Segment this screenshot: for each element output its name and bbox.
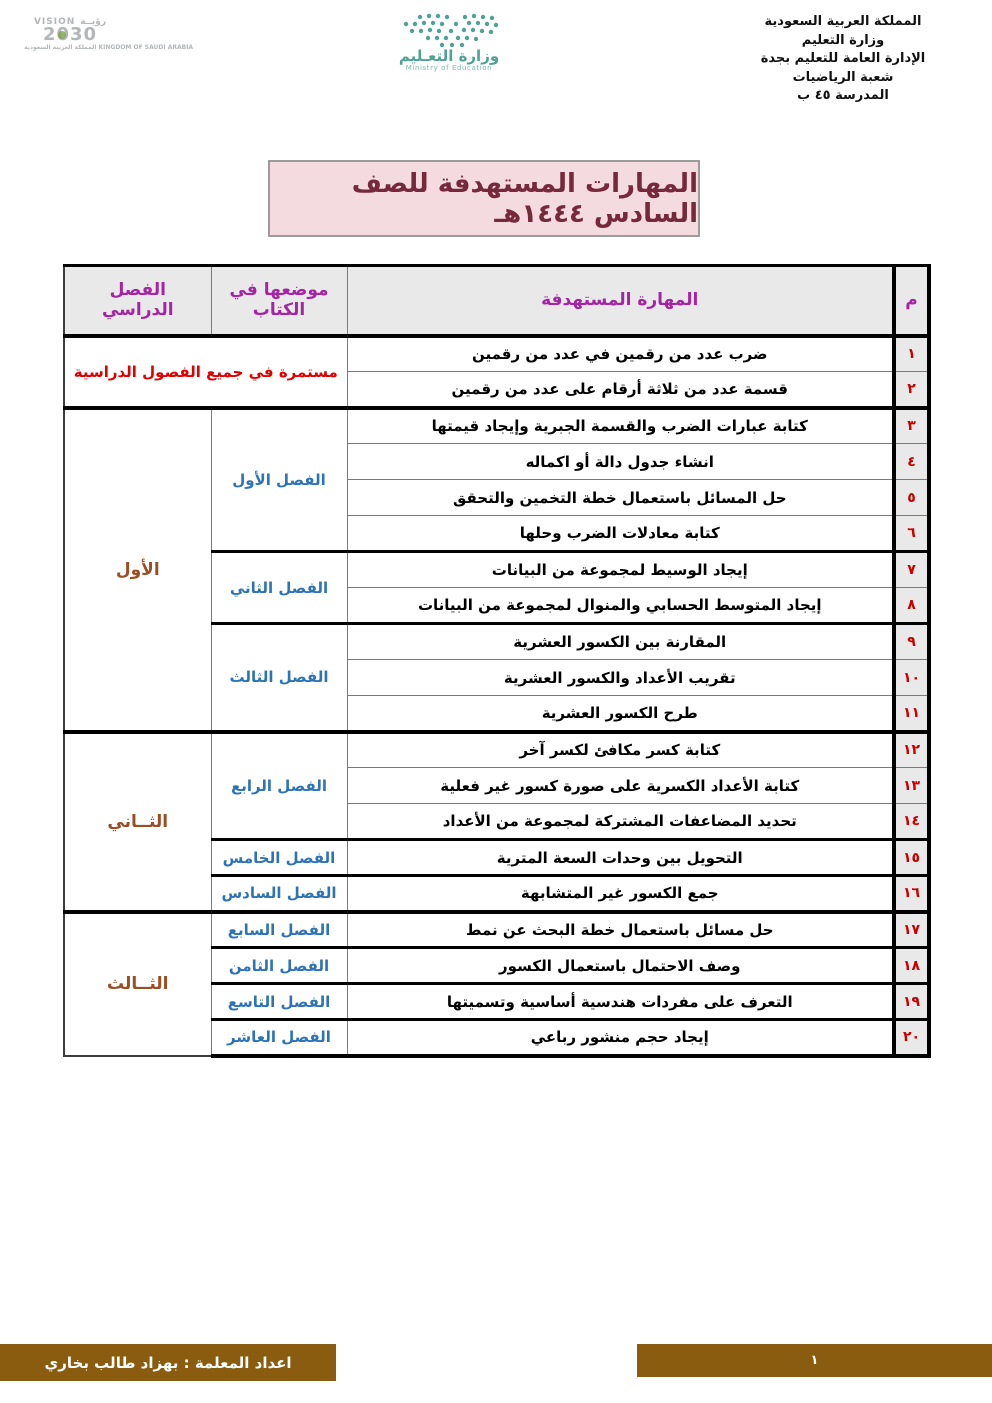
- skill-cell: كتابة معادلات الضرب وحلها: [347, 516, 894, 552]
- chapter-cell: الفصل السادس: [211, 876, 347, 912]
- letterhead: المملكة العربية السعودية وزارة التعليم ا…: [728, 13, 958, 106]
- row-number: ١: [894, 336, 929, 372]
- column-header-location: موضعها في الكتاب: [211, 266, 347, 336]
- skill-cell: كتابة الأعداد الكسرية على صورة كسور غير …: [347, 768, 894, 804]
- semester-cell: الأول: [64, 408, 211, 732]
- row-number: ١٤: [894, 804, 929, 840]
- chapter-cell: الفصل العاشر: [211, 1020, 347, 1056]
- prepared-by-bar: اعداد المعلمة : بهزاد طالب بخاري: [0, 1344, 336, 1381]
- vision-2030-logo: VISION رؤيــة 2030 المملكة العربية السعو…: [24, 17, 116, 51]
- vision-year: 2030: [24, 27, 116, 43]
- skill-cell: حل المسائل باستعمال خطة التخمين والتحقق: [347, 480, 894, 516]
- row-number: ٨: [894, 588, 929, 624]
- skill-cell: ضرب عدد من رقمين في عدد من رقمين: [347, 336, 894, 372]
- table-header-row: م المهارة المستهدفة موضعها في الكتاب الف…: [64, 266, 929, 336]
- row-number: ٥: [894, 480, 929, 516]
- row-number: ٦: [894, 516, 929, 552]
- row-number: ٧: [894, 552, 929, 588]
- moe-emblem-dots-icon: [390, 12, 508, 48]
- skill-cell: كتابة عبارات الضرب والقسمة الجبرية وإيجا…: [347, 408, 894, 444]
- skill-cell: قسمة عدد من ثلاثة أرقام على عدد من رقمين: [347, 372, 894, 408]
- chapter-cell: الفصل الخامس: [211, 840, 347, 876]
- row-number: ٢٠: [894, 1020, 929, 1056]
- skill-cell: حل مسائل باستعمال خطة البحث عن نمط: [347, 912, 894, 948]
- row-number: ١٠: [894, 660, 929, 696]
- row-number: ١٩: [894, 984, 929, 1020]
- table-row: ١٧حل مسائل باستعمال خطة البحث عن نمطالفص…: [64, 912, 929, 948]
- chapter-cell: الفصل الثامن: [211, 948, 347, 984]
- chapter-cell: الفصل الثالث: [211, 624, 347, 732]
- skill-cell: كتابة كسر مكافئ لكسر آخر: [347, 732, 894, 768]
- row-number: ٩: [894, 624, 929, 660]
- row-number: ٢: [894, 372, 929, 408]
- row-number: ١٧: [894, 912, 929, 948]
- moe-name-arabic: وزارة التعـليم: [384, 48, 514, 64]
- letterhead-school: المدرسة ٤٥ ب: [728, 87, 958, 106]
- page-number-bar: ١: [637, 1344, 992, 1377]
- table-row: ١ضرب عدد من رقمين في عدد من رقمينمستمرة …: [64, 336, 929, 372]
- row-number: ١١: [894, 696, 929, 732]
- row-number: ١٣: [894, 768, 929, 804]
- skill-cell: طرح الكسور العشرية: [347, 696, 894, 732]
- row-number: ١٢: [894, 732, 929, 768]
- semester-cell: الثــالث: [64, 912, 211, 1056]
- table-row: ١٢كتابة كسر مكافئ لكسر آخرالفصل الرابعال…: [64, 732, 929, 768]
- page-title: المهارات المستهدفة للصف السادس ١٤٤٤هـ: [268, 160, 700, 237]
- row-number: ١٨: [894, 948, 929, 984]
- document-page: المملكة العربية السعودية وزارة التعليم ا…: [0, 0, 992, 1403]
- column-header-number: م: [894, 266, 929, 336]
- chapter-cell: الفصل التاسع: [211, 984, 347, 1020]
- letterhead-administration: الإدارة العامة للتعليم بجدة: [728, 50, 958, 69]
- skill-cell: التحويل بين وحدات السعة المترية: [347, 840, 894, 876]
- skill-cell: وصف الاحتمال باستعمال الكسور: [347, 948, 894, 984]
- column-header-skill: المهارة المستهدفة: [347, 266, 894, 336]
- chapter-cell: الفصل الثاني: [211, 552, 347, 624]
- letterhead-department: شعبة الرياضيات: [728, 69, 958, 88]
- semester-cell: مستمرة في جميع الفصول الدراسية: [64, 336, 347, 408]
- skill-cell: تقريب الأعداد والكسور العشرية: [347, 660, 894, 696]
- skill-cell: إيجاد حجم منشور رباعي: [347, 1020, 894, 1056]
- chapter-cell: الفصل الأول: [211, 408, 347, 552]
- row-number: ١٦: [894, 876, 929, 912]
- skill-cell: انشاء جدول دالة أو اكماله: [347, 444, 894, 480]
- moe-name-english: Ministry of Education: [384, 64, 514, 72]
- skill-cell: التعرف على مفردات هندسية أساسية وتسميتها: [347, 984, 894, 1020]
- letterhead-country: المملكة العربية السعودية: [728, 13, 958, 32]
- table-row: ٣كتابة عبارات الضرب والقسمة الجبرية وإيج…: [64, 408, 929, 444]
- ministry-of-education-logo: وزارة التعـليم Ministry of Education: [384, 12, 514, 72]
- skills-table: م المهارة المستهدفة موضعها في الكتاب الف…: [63, 264, 931, 1058]
- chapter-cell: الفصل السابع: [211, 912, 347, 948]
- chapter-cell: الفصل الرابع: [211, 732, 347, 840]
- skill-cell: إيجاد الوسيط لمجموعة من البيانات: [347, 552, 894, 588]
- letterhead-ministry: وزارة التعليم: [728, 32, 958, 51]
- vision-subtitle: المملكة العربية السعودية KINGDOM OF SAUD…: [24, 44, 116, 51]
- palm-emblem-icon: [58, 31, 66, 39]
- skill-cell: تحديد المضاعفات المشتركة لمجموعة من الأع…: [347, 804, 894, 840]
- skill-cell: إيجاد المتوسط الحسابي والمنوال لمجموعة م…: [347, 588, 894, 624]
- skill-cell: جمع الكسور غير المتشابهة: [347, 876, 894, 912]
- row-number: ١٥: [894, 840, 929, 876]
- skill-cell: المقارنة بين الكسور العشرية: [347, 624, 894, 660]
- column-header-semester: الفصل الدراسي: [64, 266, 211, 336]
- row-number: ٣: [894, 408, 929, 444]
- semester-cell: الثــاني: [64, 732, 211, 912]
- row-number: ٤: [894, 444, 929, 480]
